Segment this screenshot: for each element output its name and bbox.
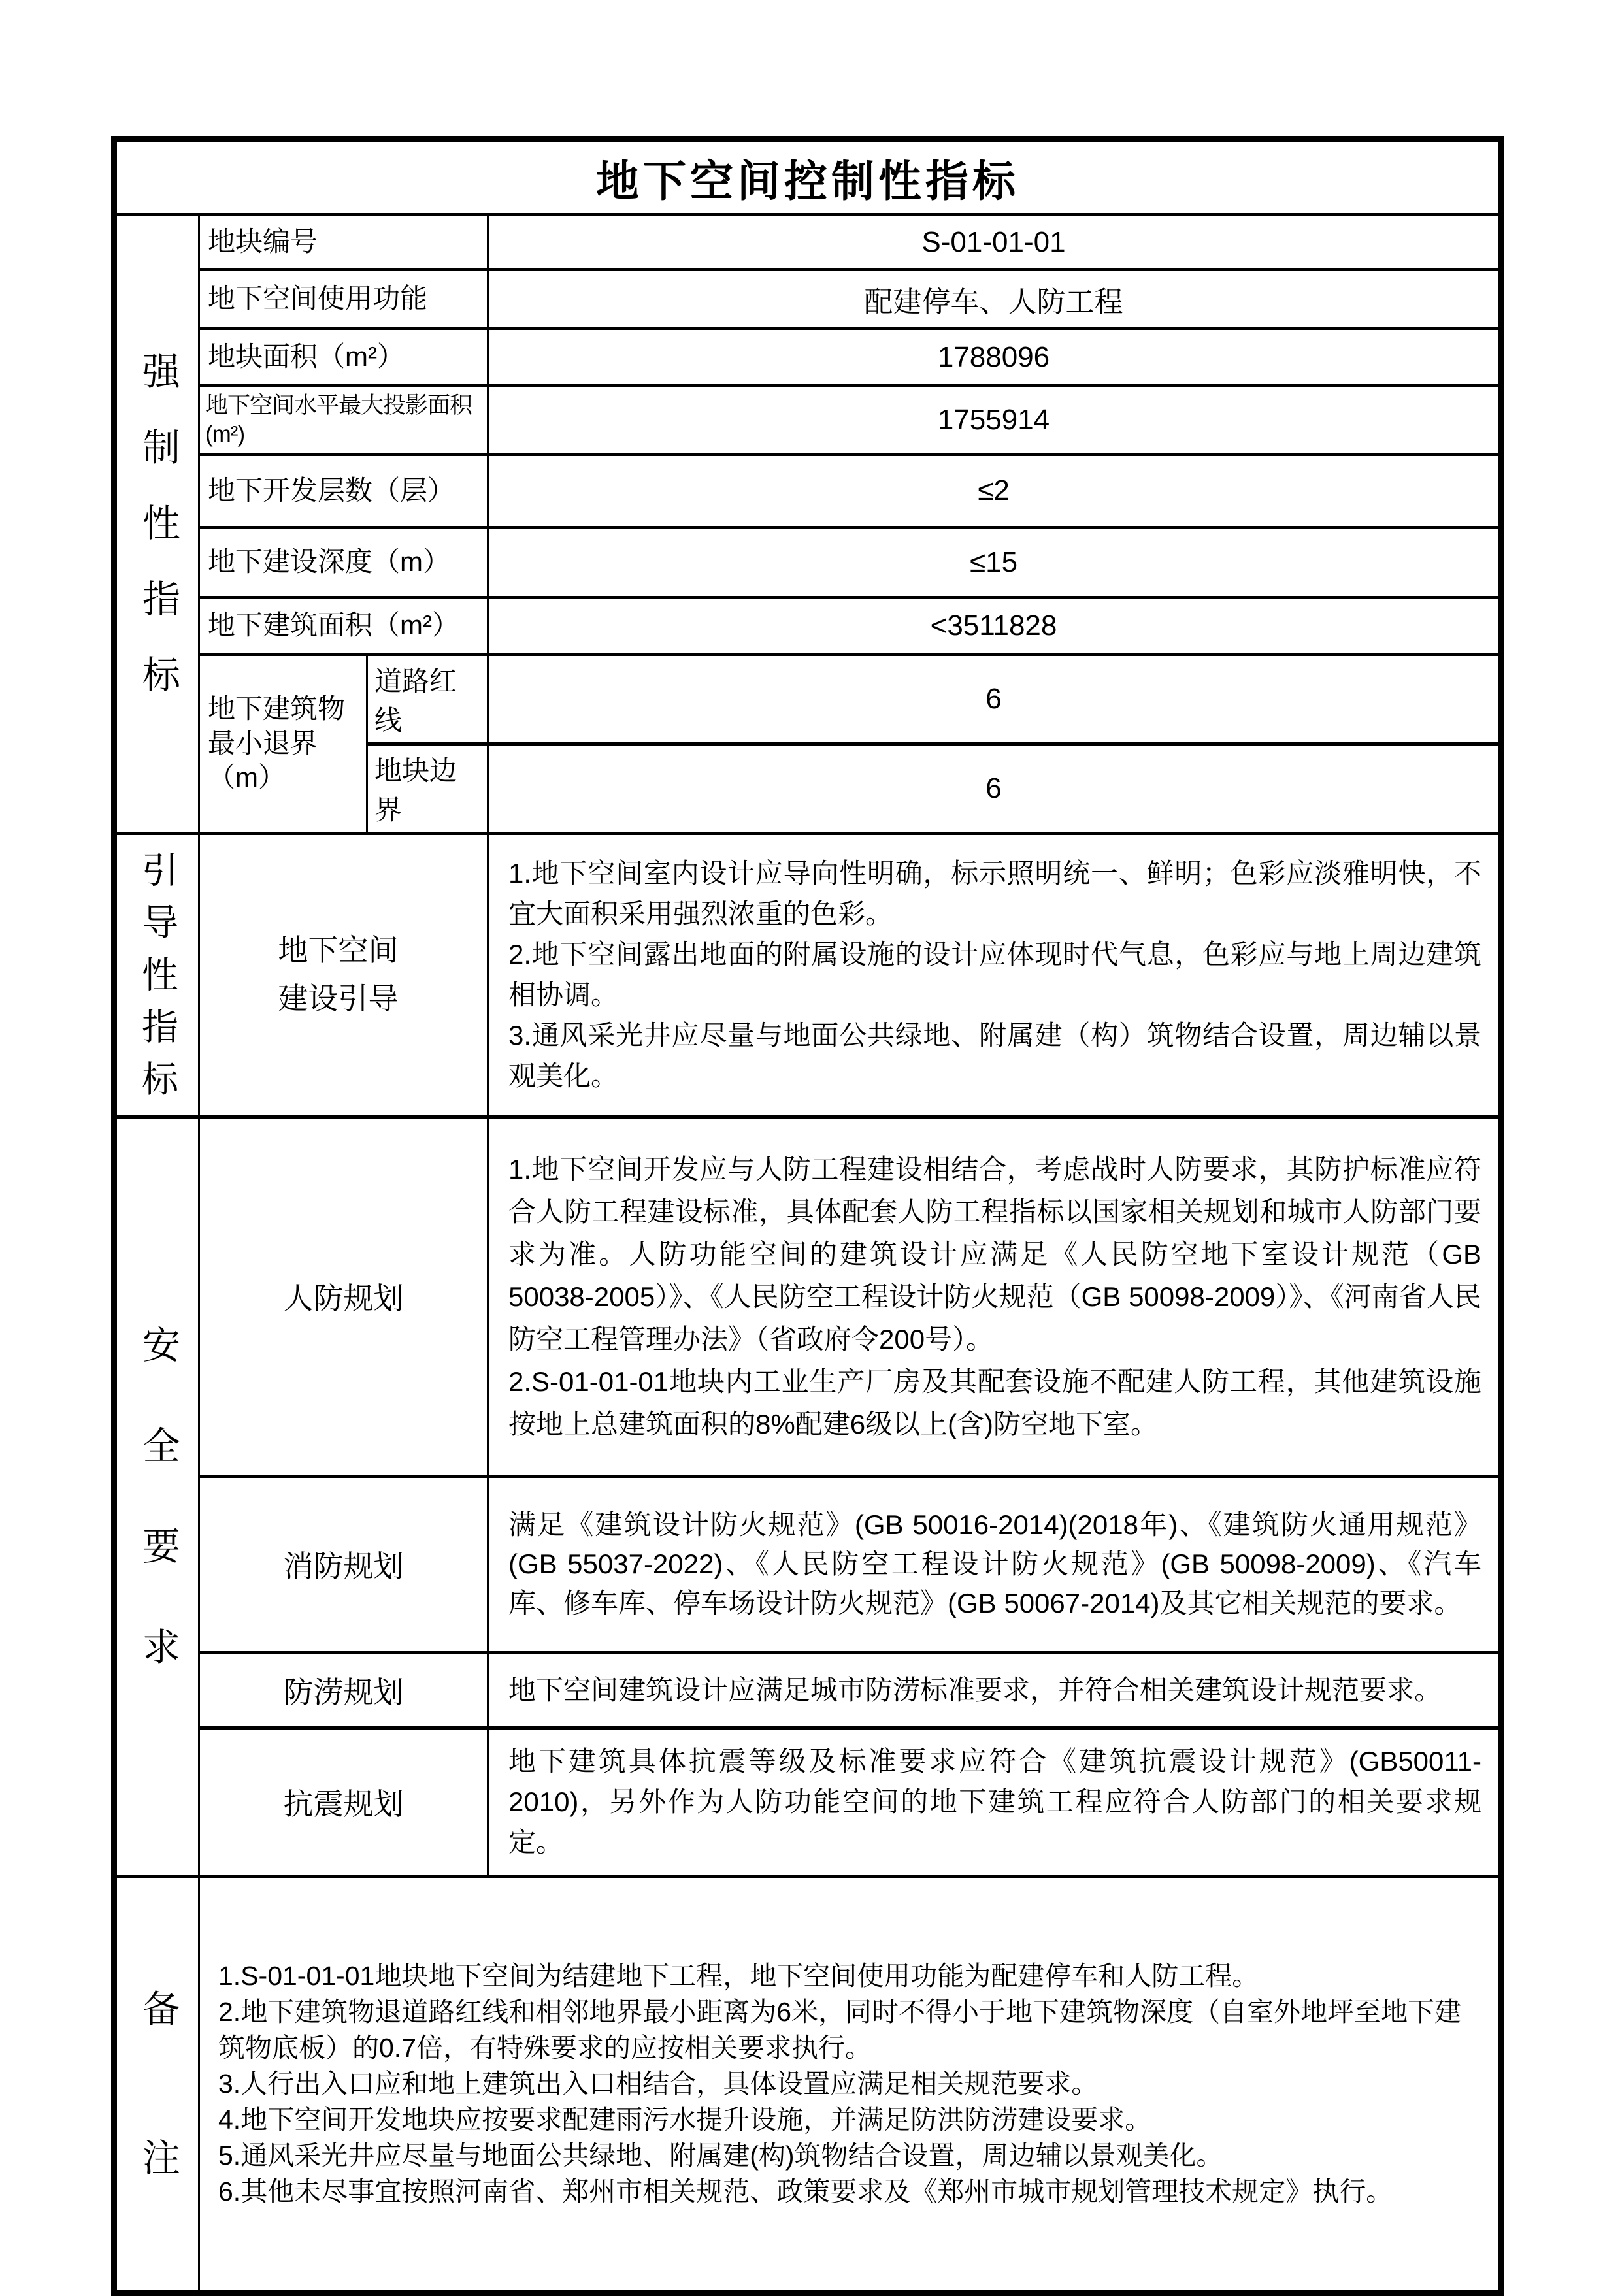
flood-control-paragraph: 地下空间建筑设计应满足城市防涝标准要求，并符合相关建筑设计规范要求。	[508, 1670, 1481, 1711]
title-row: 地下空间控制性指标	[114, 139, 1502, 215]
row-value-plot-number: S-01-01-01	[488, 215, 1502, 270]
row-value-projection-area: 1755914	[488, 386, 1502, 455]
row-projection-area: 地下空间水平最大投影面积(m²) 1755914	[114, 386, 1502, 455]
row-label-fire-protection: 消防规划	[199, 1476, 488, 1652]
note-paragraph: 6.其他未尽事宜按照河南省、郑州市相关规范、政策要求及《郑州市城市规划管理技术规…	[218, 2174, 1483, 2210]
row-label-projection-area: 地下空间水平最大投影面积(m²)	[199, 386, 488, 455]
section-label-safety: 安全要求	[114, 1117, 199, 1876]
guidance-text-cell: 1.地下空间室内设计应导向性明确，标示照明统一、鲜明；色彩应淡雅明快，不宜大面积…	[488, 833, 1502, 1117]
row-guidance: 引导性指标 地下空间建设引导 1.地下空间室内设计应导向性明确，标示照明统一、鲜…	[114, 833, 1502, 1117]
row-label-guidance: 地下空间建设引导	[199, 833, 488, 1117]
civil-defense-paragraph: 1.地下空间开发应与人防工程建设相结合，考虑战时人防要求，其防护标准应符合人防工…	[508, 1148, 1481, 1360]
note-paragraph: 3.人行出入口应和地上建筑出入口相结合，具体设置应满足相关规范要求。	[218, 2066, 1483, 2102]
civil-defense-text-cell: 1.地下空间开发应与人防工程建设相结合，考虑战时人防要求，其防护标准应符合人防工…	[488, 1117, 1502, 1476]
fire-protection-text-cell: 满足《建筑设计防火规范》(GB 50016-2014)(2018年)、《建筑防火…	[488, 1476, 1502, 1652]
row-label-guidance-text: 地下空间建设引导	[278, 927, 409, 1023]
section-label-notes: 备注	[114, 1876, 199, 2293]
row-setback-road: 地下建筑物最小退界（m） 道路红线 6	[114, 654, 1502, 744]
row-plot-number: 强制性指标 地块编号 S-01-01-01	[114, 215, 1502, 270]
row-value-plot-area: 1788096	[488, 329, 1502, 386]
sub-label-road-redline: 道路红线	[367, 654, 488, 744]
row-label-seismic: 抗震规划	[199, 1728, 488, 1876]
note-paragraph: 4.地下空间开发地块应按要求配建雨污水提升设施，并满足防洪防涝建设要求。	[218, 2102, 1483, 2138]
row-value-underground-floor-area: <3511828	[488, 597, 1502, 654]
guidance-paragraph: 3.通风采光井应尽量与地面公共绿地、附属建（构）筑物结合设置，周边辅以景观美化。	[508, 1015, 1481, 1096]
row-underground-floors: 地下开发层数（层） ≤2	[114, 454, 1502, 527]
row-label-underground-floor-area: 地下建筑面积（m²）	[199, 597, 488, 654]
note-paragraph: 5.通风采光井应尽量与地面公共绿地、附属建(构)筑物结合设置，周边辅以景观美化。	[218, 2138, 1483, 2174]
indicator-table: 地下空间控制性指标 强制性指标 地块编号 S-01-01-01 地下空间使用功能…	[111, 136, 1504, 2296]
section-label-mandatory: 强制性指标	[114, 215, 199, 834]
row-value-construction-depth: ≤15	[488, 527, 1502, 597]
row-value-underground-floors: ≤2	[488, 454, 1502, 527]
row-label-civil-defense: 人防规划	[199, 1117, 488, 1476]
guidance-paragraph: 2.地下空间露出地面的附属设施的设计应体现时代气息，色彩应与地上周边建筑相协调。	[508, 934, 1481, 1015]
section-label-mandatory-text: 强制性指标	[139, 314, 176, 730]
row-plot-area: 地块面积（m²） 1788096	[114, 329, 1502, 386]
row-label-underground-floors: 地下开发层数（层）	[199, 454, 488, 527]
fire-protection-paragraph: 满足《建筑设计防火规范》(GB 50016-2014)(2018年)、《建筑防火…	[508, 1505, 1481, 1623]
section-label-safety-text: 安全要求	[139, 1262, 176, 1728]
section-label-guidance-text: 引导性指标	[139, 835, 176, 1112]
row-notes: 备注 1.S-01-01-01地块地下空间为结建地下工程，地下空间使用功能为配建…	[114, 1876, 1502, 2293]
note-paragraph: 2.地下建筑物退道路红线和相邻地界最小距离为6米，同时不得小于地下建筑物深度（自…	[218, 1994, 1483, 2066]
section-label-notes-text: 备注	[139, 1878, 176, 2287]
row-construction-depth: 地下建设深度（m） ≤15	[114, 527, 1502, 597]
sub-value-plot-boundary: 6	[488, 744, 1502, 833]
seismic-paragraph: 地下建筑具体抗震等级及标准要求应符合《建筑抗震设计规范》(GB50011-201…	[508, 1741, 1481, 1863]
flood-control-text-cell: 地下空间建筑设计应满足城市防涝标准要求，并符合相关建筑设计规范要求。	[488, 1652, 1502, 1728]
row-label-setback: 地下建筑物最小退界（m）	[199, 654, 367, 833]
page-title: 地下空间控制性指标	[114, 139, 1502, 215]
document-page: 地下空间控制性指标 强制性指标 地块编号 S-01-01-01 地下空间使用功能…	[0, 0, 1620, 2292]
row-label-plot-number: 地块编号	[199, 215, 488, 270]
section-label-guidance: 引导性指标	[114, 833, 199, 1117]
guidance-paragraph: 1.地下空间室内设计应导向性明确，标示照明统一、鲜明；色彩应淡雅明快，不宜大面积…	[508, 853, 1481, 934]
row-underground-floor-area: 地下建筑面积（m²） <3511828	[114, 597, 1502, 654]
seismic-text-cell: 地下建筑具体抗震等级及标准要求应符合《建筑抗震设计规范》(GB50011-201…	[488, 1728, 1502, 1876]
row-seismic: 抗震规划 地下建筑具体抗震等级及标准要求应符合《建筑抗震设计规范》(GB5001…	[114, 1728, 1502, 1876]
row-value-usage-function: 配建停车、人防工程	[488, 270, 1502, 329]
civil-defense-paragraph: 2.S-01-01-01地块内工业生产厂房及其配套设施不配建人防工程，其他建筑设…	[508, 1360, 1481, 1445]
sub-value-road-redline: 6	[488, 654, 1502, 744]
notes-text-cell: 1.S-01-01-01地块地下空间为结建地下工程，地下空间使用功能为配建停车和…	[199, 1876, 1502, 2293]
row-label-setback-text: 地下建筑物最小退界（m）	[208, 692, 361, 795]
row-label-construction-depth: 地下建设深度（m）	[199, 527, 488, 597]
sub-label-plot-boundary: 地块边界	[367, 744, 488, 833]
row-label-plot-area: 地块面积（m²）	[199, 329, 488, 386]
row-label-usage-function: 地下空间使用功能	[199, 270, 488, 329]
row-label-flood-control: 防涝规划	[199, 1652, 488, 1728]
row-usage-function: 地下空间使用功能 配建停车、人防工程	[114, 270, 1502, 329]
row-fire-protection: 消防规划 满足《建筑设计防火规范》(GB 50016-2014)(2018年)、…	[114, 1476, 1502, 1652]
row-civil-defense: 安全要求 人防规划 1.地下空间开发应与人防工程建设相结合，考虑战时人防要求，其…	[114, 1117, 1502, 1476]
row-flood-control: 防涝规划 地下空间建筑设计应满足城市防涝标准要求，并符合相关建筑设计规范要求。	[114, 1652, 1502, 1728]
note-paragraph: 1.S-01-01-01地块地下空间为结建地下工程，地下空间使用功能为配建停车和…	[218, 1958, 1483, 1994]
